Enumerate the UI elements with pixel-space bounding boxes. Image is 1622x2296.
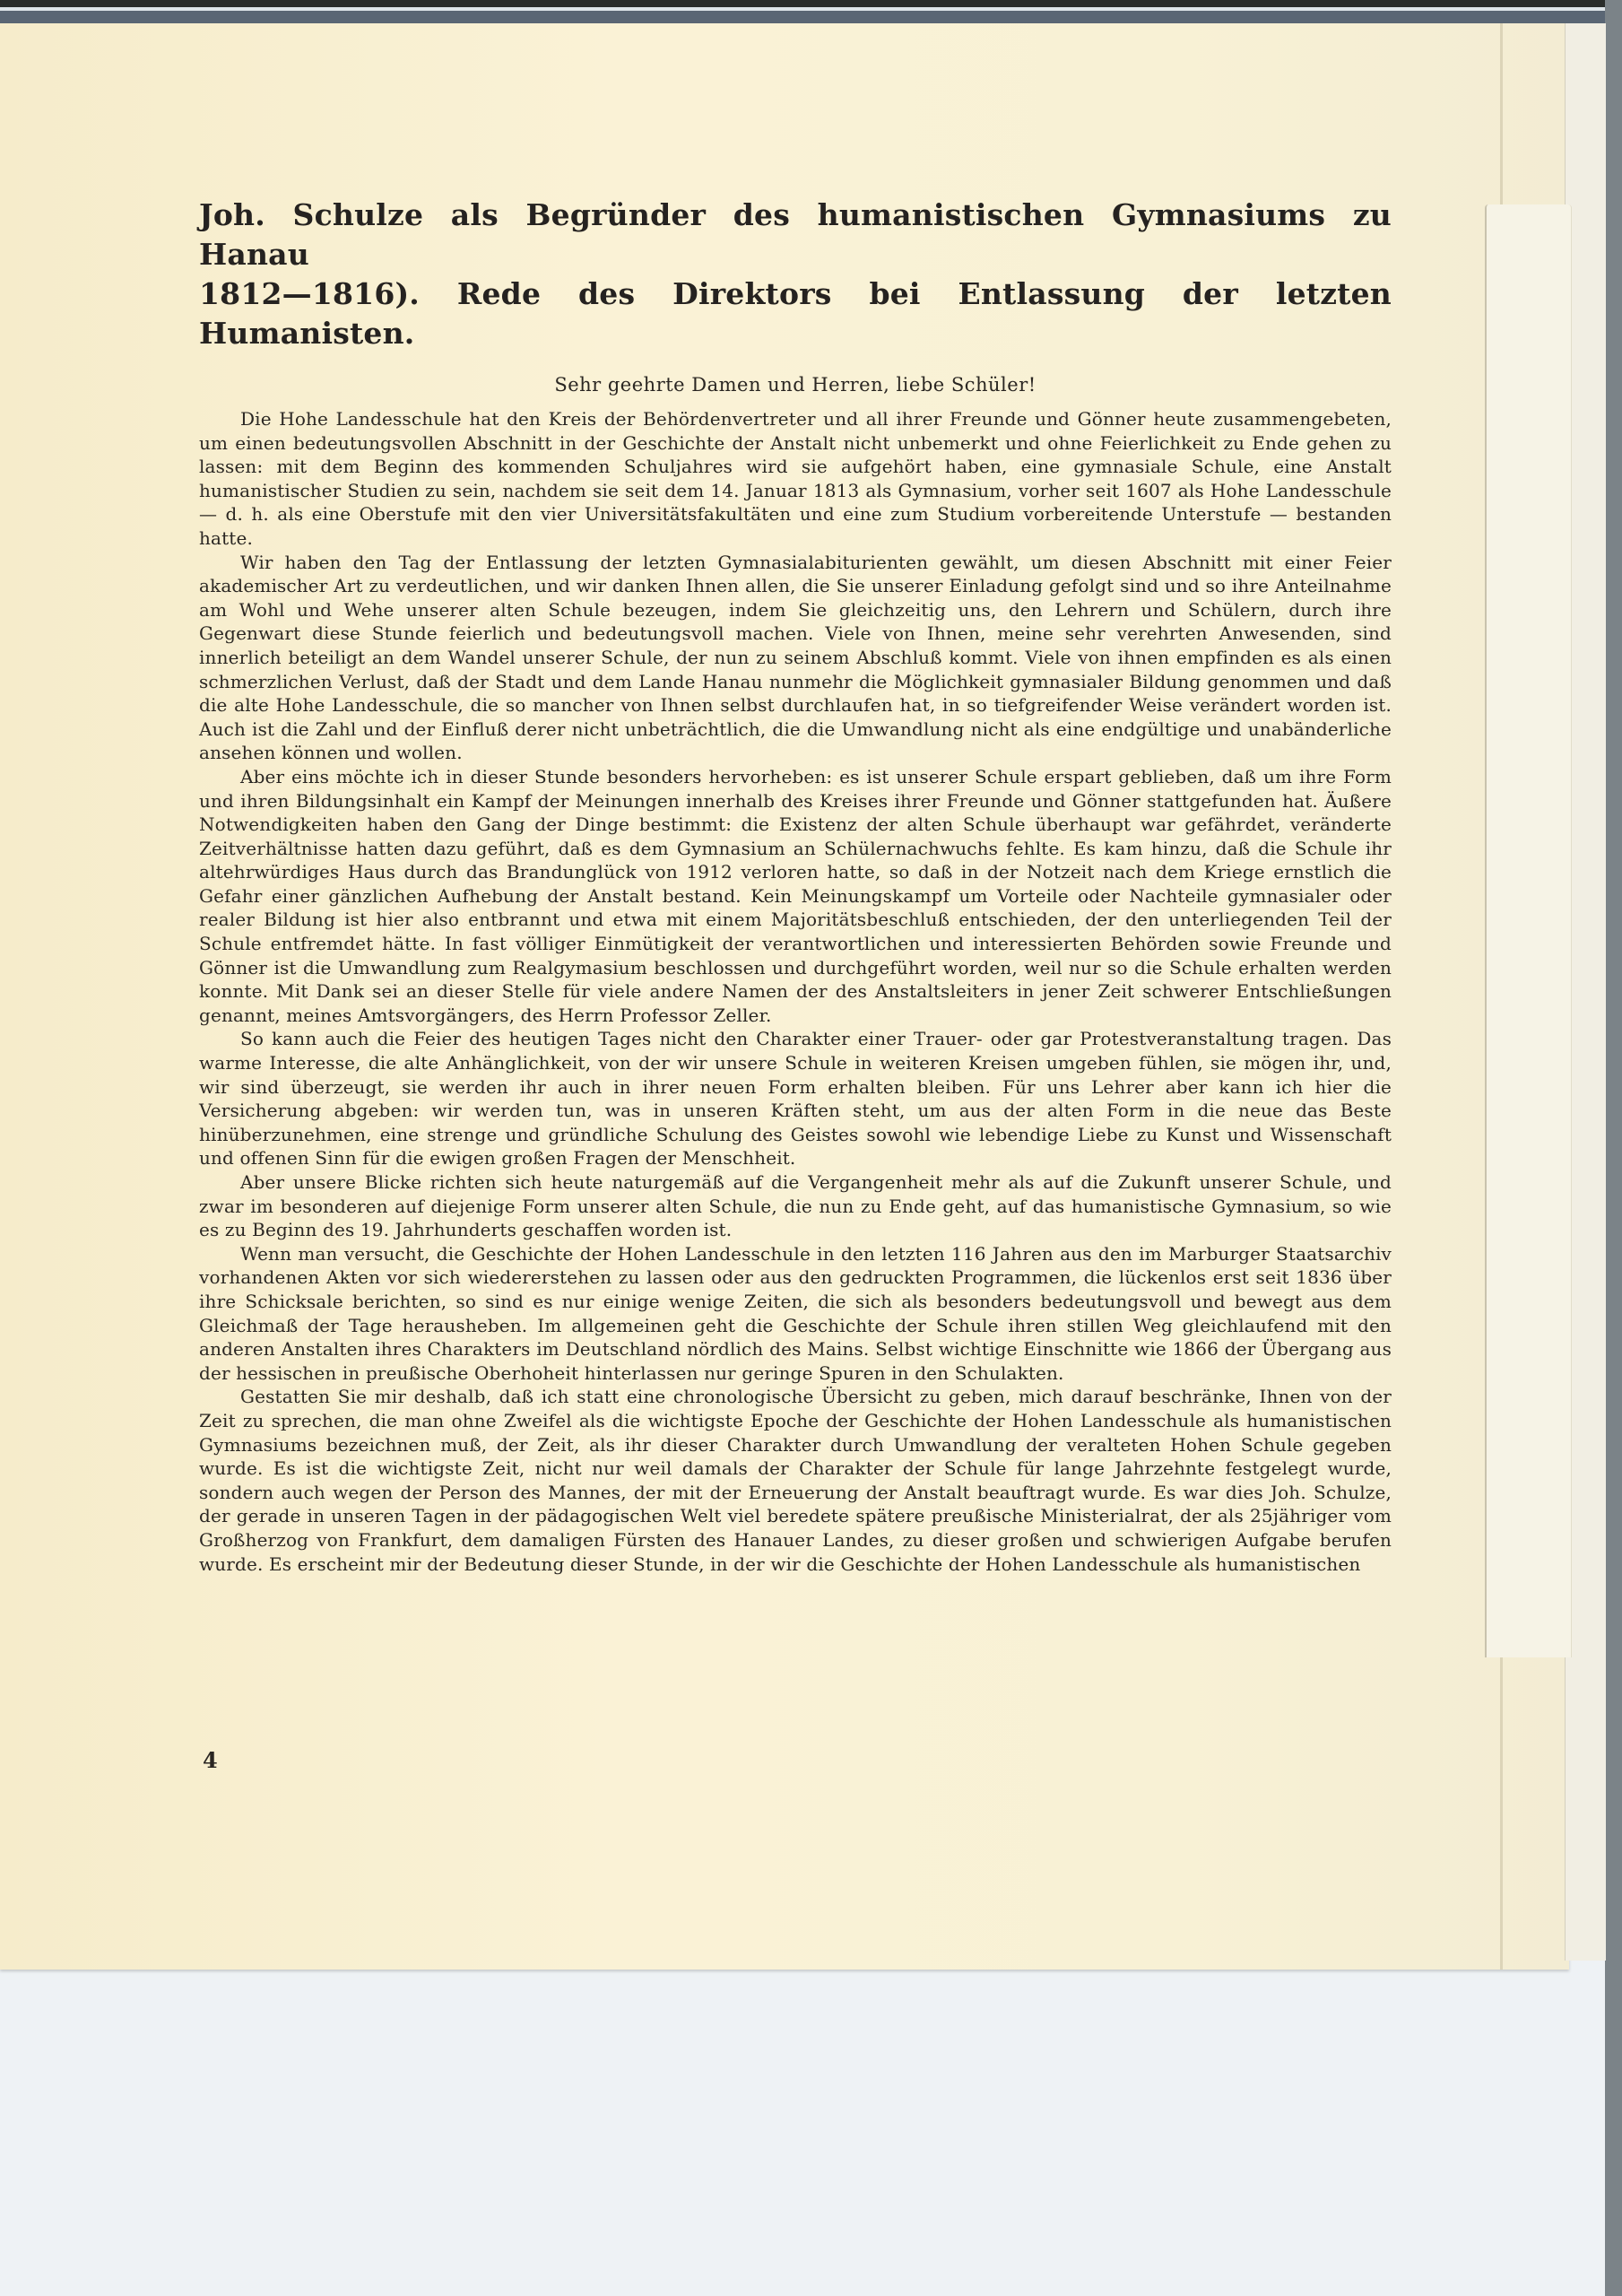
paragraph: Die Hohe Landesschule hat den Kreis der …: [199, 407, 1392, 551]
paragraph: Aber eins möchte ich in dieser Stunde be…: [199, 765, 1392, 1028]
page-number: 4: [203, 1747, 218, 1773]
paragraph: Aber unsere Blicke richten sich heute na…: [199, 1170, 1392, 1242]
title-line-1: Joh. Schulze als Begründer des humanisti…: [199, 196, 1392, 274]
title-line-2: 1812—1816). Rede des Direktors bei Entla…: [199, 274, 1392, 353]
scanner-top-edge: [0, 0, 1622, 7]
page-content: Joh. Schulze als Begründer des humanisti…: [199, 196, 1392, 1576]
inserted-sheet-edge: [1485, 204, 1572, 1657]
paragraph: Wenn man versucht, die Geschichte der Ho…: [199, 1242, 1392, 1386]
article-title: Joh. Schulze als Begründer des humanisti…: [199, 196, 1392, 353]
paragraph: Gestatten Sie mir deshalb, daß ich statt…: [199, 1385, 1392, 1576]
paragraph: So kann auch die Feier des heutigen Tage…: [199, 1027, 1392, 1170]
salutation: Sehr geehrte Damen und Herren, liebe Sch…: [199, 373, 1392, 396]
scanner-right-edge: [1605, 0, 1622, 2296]
book-cover-edge: [0, 11, 1622, 23]
speech-body: Die Hohe Landesschule hat den Kreis der …: [199, 407, 1392, 1576]
paragraph: Wir haben den Tag der Entlassung der let…: [199, 551, 1392, 765]
